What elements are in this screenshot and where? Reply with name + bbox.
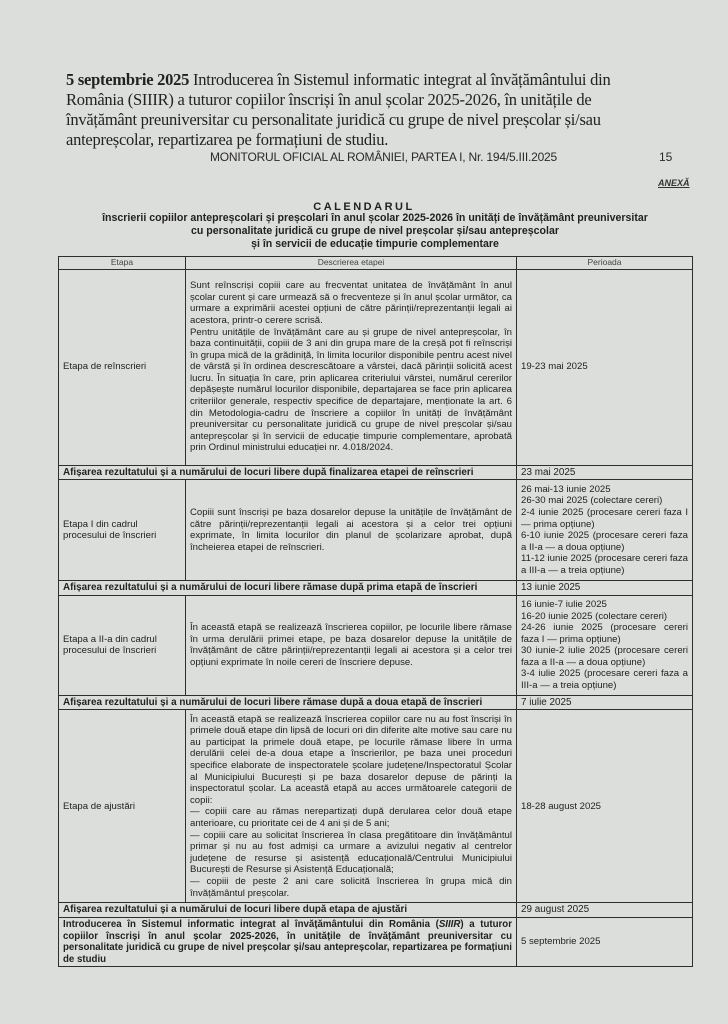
categorie-item: — copiii care au solicitat înscrierea în… [190,830,512,876]
afisare-label: Afișarea rezultatului și a numărului de … [59,581,517,596]
categorie-item: — copiii de peste 2 ani care solicită în… [190,876,512,899]
table-row: Etapa I din cadrul procesului de înscrie… [59,480,693,581]
afisare-date: 7 iulie 2025 [517,695,693,710]
column-header-etapa: Etapa [59,257,186,270]
column-header-descriere: Descrierea etapei [186,257,517,270]
perioada-line: 30 iunie-2 iulie 2025 (procesare cereri … [521,645,688,668]
afisare-row: Afișarea rezultatului și a numărului de … [59,903,693,918]
perioada-line: 6-10 iunie 2025 (procesare cereri faza a… [521,530,688,553]
siiir-acronym: SIIIR [439,919,461,930]
intro-date: 5 septembrie 2025 [66,70,189,89]
afisare-date: 13 iunie 2025 [517,581,693,596]
perioada-line: 26 mai-13 iunie 2025 [521,484,688,496]
calendar-table: Etapa Descrierea etapei Perioada Etapa d… [58,256,693,967]
perioada-line: 26-30 mai 2025 (colectare cereri) [521,495,688,507]
siiir-text: Introducerea în Sistemul informatic inte… [63,919,439,930]
descriere-paragraph: Pentru unitățile de învățământ care au ș… [190,327,512,455]
afisare-label: Afișarea rezultatului și a numărului de … [59,903,517,918]
descriere-paragraph: Sunt reînscriși copiii care au frecventa… [190,280,512,326]
afisare-label: Afișarea rezultatului și a numărului de … [59,465,517,480]
siiir-date: 5 septembrie 2025 [517,917,693,966]
table-row: Etapa de ajustări În această etapă se re… [59,710,693,903]
perioada-line: 16-20 iunie 2025 (colectare cereri) [521,611,688,623]
etapa-cell: Etapa I din cadrul procesului de înscrie… [59,480,186,581]
table-row: Etapa de reînscrieri Sunt reînscriși cop… [59,269,693,465]
anexa-label: ANEXĂ [658,178,690,188]
etapa-cell: Etapa de ajustări [59,710,186,903]
table-row: Etapa a II-a din cadrul procesului de în… [59,595,693,695]
afisare-date: 23 mai 2025 [517,465,693,480]
afisare-row: Afișarea rezultatului și a numărului de … [59,695,693,710]
afisare-label: Afișarea rezultatului și a numărului de … [59,695,517,710]
calendar-subtitle: înscrierii copiilor antepreșcolari și pr… [60,212,690,251]
page-number: 15 [659,150,672,164]
etapa-cell: Etapa de reînscrieri [59,269,186,465]
perioada-cell: 19-23 mai 2025 [517,269,693,465]
perioada-line: 16 iunie-7 iulie 2025 [521,599,688,611]
intro-paragraph: 5 septembrie 2025 Introducerea în Sistem… [66,70,666,150]
descriere-cell: Copiii sunt înscriși pe baza dosarelor d… [186,480,517,581]
descriere-cell: În această etapă se realizează înscriere… [186,595,517,695]
siiir-description: Introducerea în Sistemul informatic inte… [59,917,517,966]
table-header-row: Etapa Descrierea etapei Perioada [59,257,693,270]
categorie-item: — copiii care au rămas nerepartizați dup… [190,806,512,829]
perioada-line: 3-4 iulie 2025 (procesare cereri faza a … [521,668,688,691]
perioada-line: 24-26 iunie 2025 (procesare cereri faza … [521,622,688,645]
calendar-subtitle-line: înscrierii copiilor antepreșcolari și pr… [60,212,690,225]
calendar-subtitle-line: și în servicii de educație timpurie comp… [60,238,690,251]
monitor-oficial-header: MONITORUL OFICIAL AL ROMÂNIEI, PARTEA I,… [210,150,557,164]
perioada-line: 2-4 iunie 2025 (procesare cereri faza I … [521,507,688,530]
calendar-subtitle-line: cu personalitate juridică cu grupe de ni… [60,225,690,238]
descriere-cell: În această etapă se realizează înscriere… [186,710,517,903]
afisare-row: Afișarea rezultatului și a numărului de … [59,465,693,480]
final-row: Introducerea în Sistemul informatic inte… [59,917,693,966]
etapa-cell: Etapa a II-a din cadrul procesului de în… [59,595,186,695]
afisare-row: Afișarea rezultatului și a numărului de … [59,581,693,596]
perioada-cell: 26 mai-13 iunie 2025 26-30 mai 2025 (col… [517,480,693,581]
column-header-perioada: Perioada [517,257,693,270]
afisare-date: 29 august 2025 [517,903,693,918]
perioada-cell: 18-28 august 2025 [517,710,693,903]
descriere-paragraph: În această etapă se realizează înscriere… [190,714,512,807]
perioada-line: 11-12 iunie 2025 (procesare cereri faza … [521,553,688,576]
descriere-cell: Sunt reînscriși copiii care au frecventa… [186,269,517,465]
perioada-cell: 16 iunie-7 iulie 2025 16-20 iunie 2025 (… [517,595,693,695]
